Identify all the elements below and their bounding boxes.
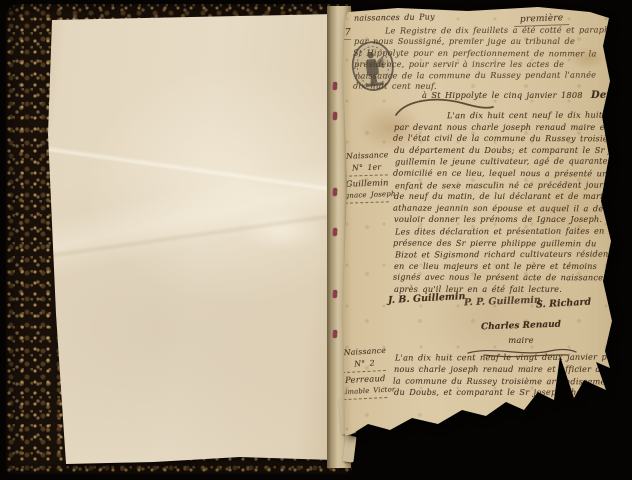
binding-stitch <box>333 228 338 236</box>
judge-signature: Devillers <box>591 90 632 101</box>
act2-line: nous charle joseph renaud maire et offic… <box>394 364 628 376</box>
act1-line: de l'état civil de la commune du Russey … <box>393 133 625 145</box>
certification-line: Le Registre de dix feuillets a été cotté… <box>355 24 617 36</box>
act1-margin-forenames: Ignace Joseph <box>341 188 395 202</box>
act1-line: domicilié en ce lieu, lequel nous a prés… <box>393 168 625 180</box>
binding-stitch <box>333 290 338 298</box>
act2-margin-note: Naissance N° 2 Perreaud Aimable Victor <box>337 345 394 402</box>
blank-left-page <box>44 14 334 464</box>
witness-signature: S. Richard <box>536 297 592 311</box>
act1-line: par devant nous charle joseph renaud mai… <box>394 122 626 134</box>
register-scan: naissances du Puy première 77 Le Registr… <box>0 0 632 480</box>
mayor-signature: Charles Renaud <box>456 319 586 334</box>
certification-line: St Hippolyte pour en perfectionnement de… <box>353 47 615 59</box>
act1-line: vouloir donner les prénoms de Ignace Jos… <box>394 214 626 226</box>
act2-line: du Doubs, et comparant le Sr joseph chop… <box>394 387 628 399</box>
act1-line: signés avec nous le présent acte de nais… <box>393 272 625 284</box>
act2-line: L'an dix huit cent neuf le vingt deux ja… <box>395 351 629 364</box>
act1-line: enfant de sexe masculin né ce précédent … <box>395 179 627 192</box>
certification-paragraph: Le Registre de dix feuillets a été cotté… <box>354 25 616 93</box>
act1-margin-note: Naissance N° 1er Guillemin Ignace Joseph <box>339 149 395 205</box>
series-note: naissances du Puy <box>354 11 435 24</box>
act1-line: Les dites déclaration et présentation fa… <box>395 225 627 238</box>
written-right-page: naissances du Puy première 77 Le Registr… <box>338 6 630 452</box>
act1-line: du département du Doubs; et comparant le… <box>394 145 626 157</box>
binding-stitch <box>333 188 338 196</box>
act1-line: athanaze jeannin son épouse et auquel il… <box>393 202 625 214</box>
act1-margin-number: N° 1er <box>339 161 393 175</box>
act1-line: guillemin le jeune cultivateur, agé de q… <box>395 156 627 169</box>
binding-stitch <box>333 330 338 338</box>
act1-line: de neuf du matin, de lui déclarant et de… <box>394 191 626 203</box>
certification-line: par nous Soussigné, premier juge au trib… <box>354 36 616 47</box>
witness-signature: P. P. Guillemin <box>464 295 541 309</box>
margin-divider <box>345 201 389 203</box>
binding-stitch <box>333 82 338 90</box>
act1-line: en ce lieu majeurs et ont le père et tém… <box>394 261 626 273</box>
act2-line: la commune du Russey troisième arrondiss… <box>393 375 627 388</box>
certification-line: présidence, pour servir à inscrire les a… <box>354 59 616 70</box>
act1-line: Bizot et Sigismond richard cultivateurs … <box>395 249 627 262</box>
act1-line: L'an dix huit cent neuf le dix huit janv… <box>395 109 627 122</box>
binding-stitch <box>333 112 338 120</box>
torn-page-flap <box>342 435 356 462</box>
act2-body: L'an dix huit cent neuf le vingt deux ja… <box>394 352 628 399</box>
act1-margin-type: Naissance <box>340 149 394 163</box>
act1-body: L'an dix huit cent neuf le dix huit janv… <box>394 110 626 296</box>
